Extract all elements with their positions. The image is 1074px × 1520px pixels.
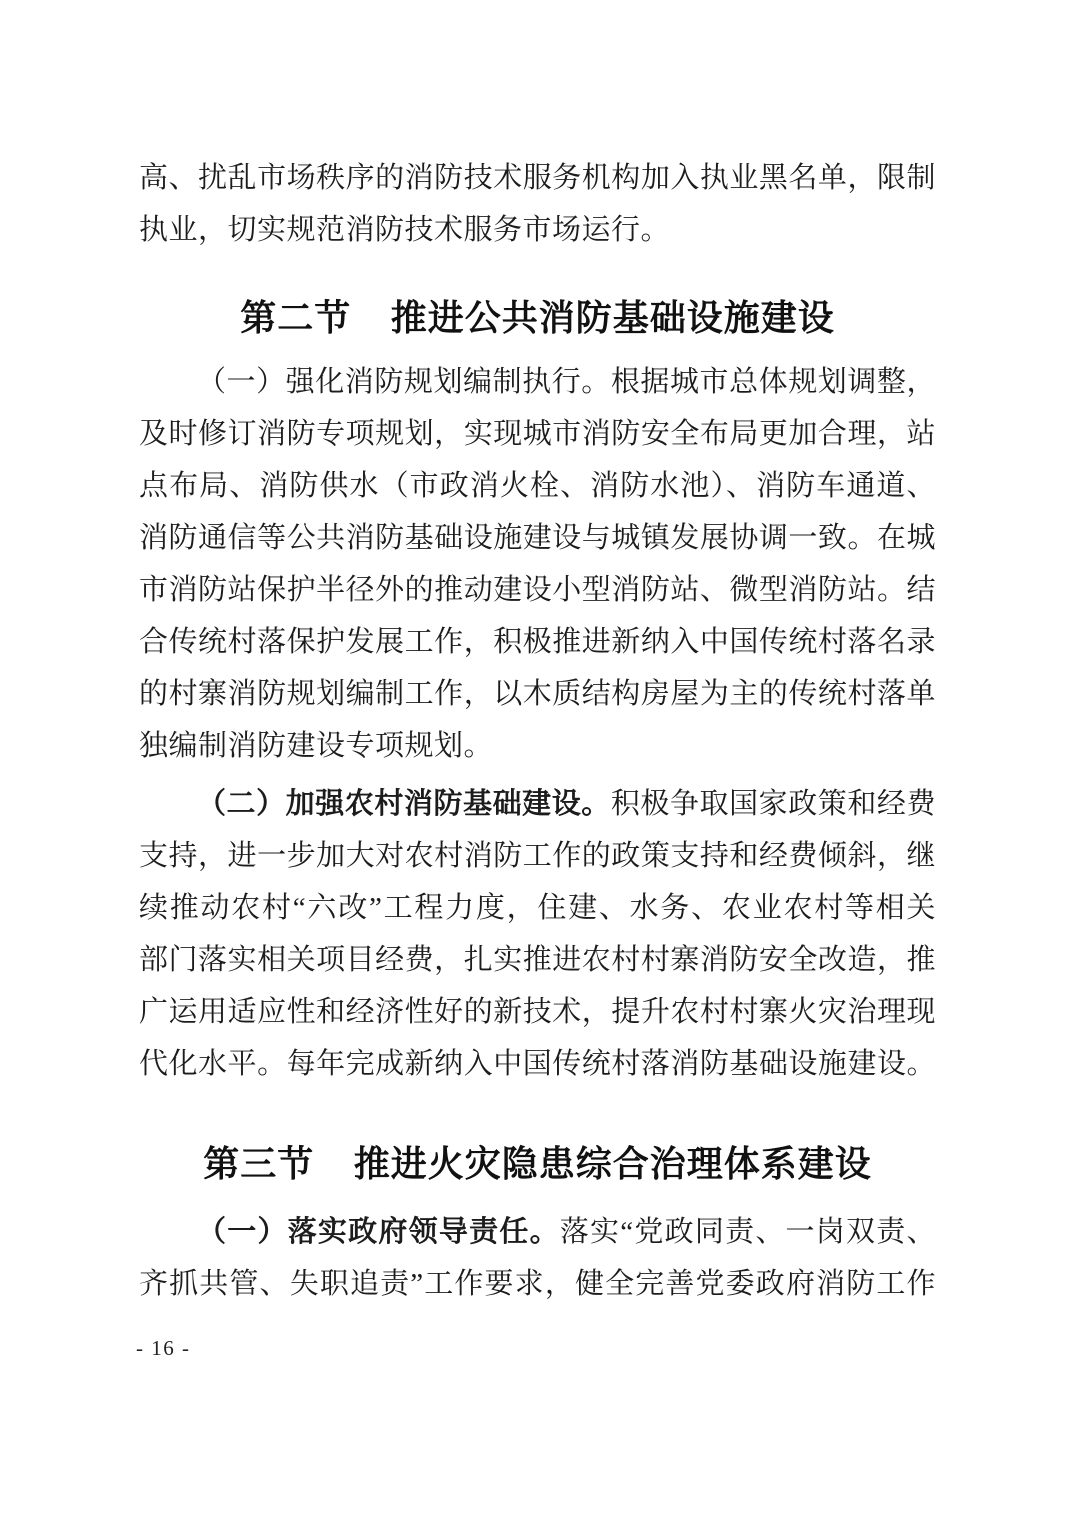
section-heading-3: 第三节推进火灾隐患综合治理体系建设 — [139, 1136, 936, 1192]
section-title: 推进火灾隐患综合治理体系建设 — [354, 1143, 872, 1184]
body-line: 部门落实相关项目经费，扎实推进农村村寨消防安全改造，推 — [139, 934, 936, 986]
paragraph-lead-bold: （二）加强农村消防基础建设。 — [197, 788, 611, 820]
document-page: 高、扰乱市场秩序的消防技术服务机构加入执业黑名单，限制 执业，切实规范消防技术服… — [0, 0, 1074, 1520]
section-number: 第三节 — [203, 1143, 314, 1184]
body-line: 续推动农村“六改”工程力度，住建、水务、农业农村等相关 — [139, 882, 936, 934]
body-line: 代化水平。每年完成新纳入中国传统村落消防基础设施建设。 — [139, 1038, 936, 1090]
body-line-text: 积极争取国家政策和经费 — [611, 788, 936, 820]
body-line: 独编制消防建设专项规划。 — [139, 720, 936, 772]
body-line: （二）加强农村消防基础建设。积极争取国家政策和经费 — [139, 778, 936, 830]
body-line: 广运用适应性和经济性好的新技术，提升农村村寨火灾治理现 — [139, 986, 936, 1038]
page-number: - 16 - — [136, 1336, 191, 1361]
body-line: 市消防站保护半径外的推动建设小型消防站、微型消防站。结 — [139, 564, 936, 616]
body-line-text: 落实“党政同责、一岗双责、 — [560, 1216, 936, 1248]
body-line: 合传统村落保护发展工作，积极推进新纳入中国传统村落名录 — [139, 616, 936, 668]
section-number: 第二节 — [240, 297, 351, 338]
body-line: 及时修订消防专项规划，实现城市消防安全布局更加合理，站 — [139, 408, 936, 460]
document-text-block: 高、扰乱市场秩序的消防技术服务机构加入执业黑名单，限制 执业，切实规范消防技术服… — [139, 152, 936, 1310]
body-line: 高、扰乱市场秩序的消防技术服务机构加入执业黑名单，限制 — [139, 152, 936, 204]
body-line: 齐抓共管、失职追责”工作要求，健全完善党委政府消防工作 — [139, 1258, 936, 1310]
body-line: （一）强化消防规划编制执行。根据城市总体规划调整， — [139, 356, 936, 408]
section-heading-2: 第二节推进公共消防基础设施建设 — [139, 290, 936, 346]
body-line: 的村寨消防规划编制工作，以木质结构房屋为主的传统村落单 — [139, 668, 936, 720]
body-line: （一）落实政府领导责任。落实“党政同责、一岗双责、 — [139, 1206, 936, 1258]
body-line: 支持，进一步加大对农村消防工作的政策支持和经费倾斜，继 — [139, 830, 936, 882]
body-line: 点布局、消防供水（市政消火栓、消防水池）、消防车通道、 — [139, 460, 936, 512]
body-line: 执业，切实规范消防技术服务市场运行。 — [139, 204, 936, 256]
body-line: 消防通信等公共消防基础设施建设与城镇发展协调一致。在城 — [139, 512, 936, 564]
paragraph-lead-bold: （一）落实政府领导责任。 — [197, 1216, 560, 1248]
section-title: 推进公共消防基础设施建设 — [391, 297, 835, 338]
